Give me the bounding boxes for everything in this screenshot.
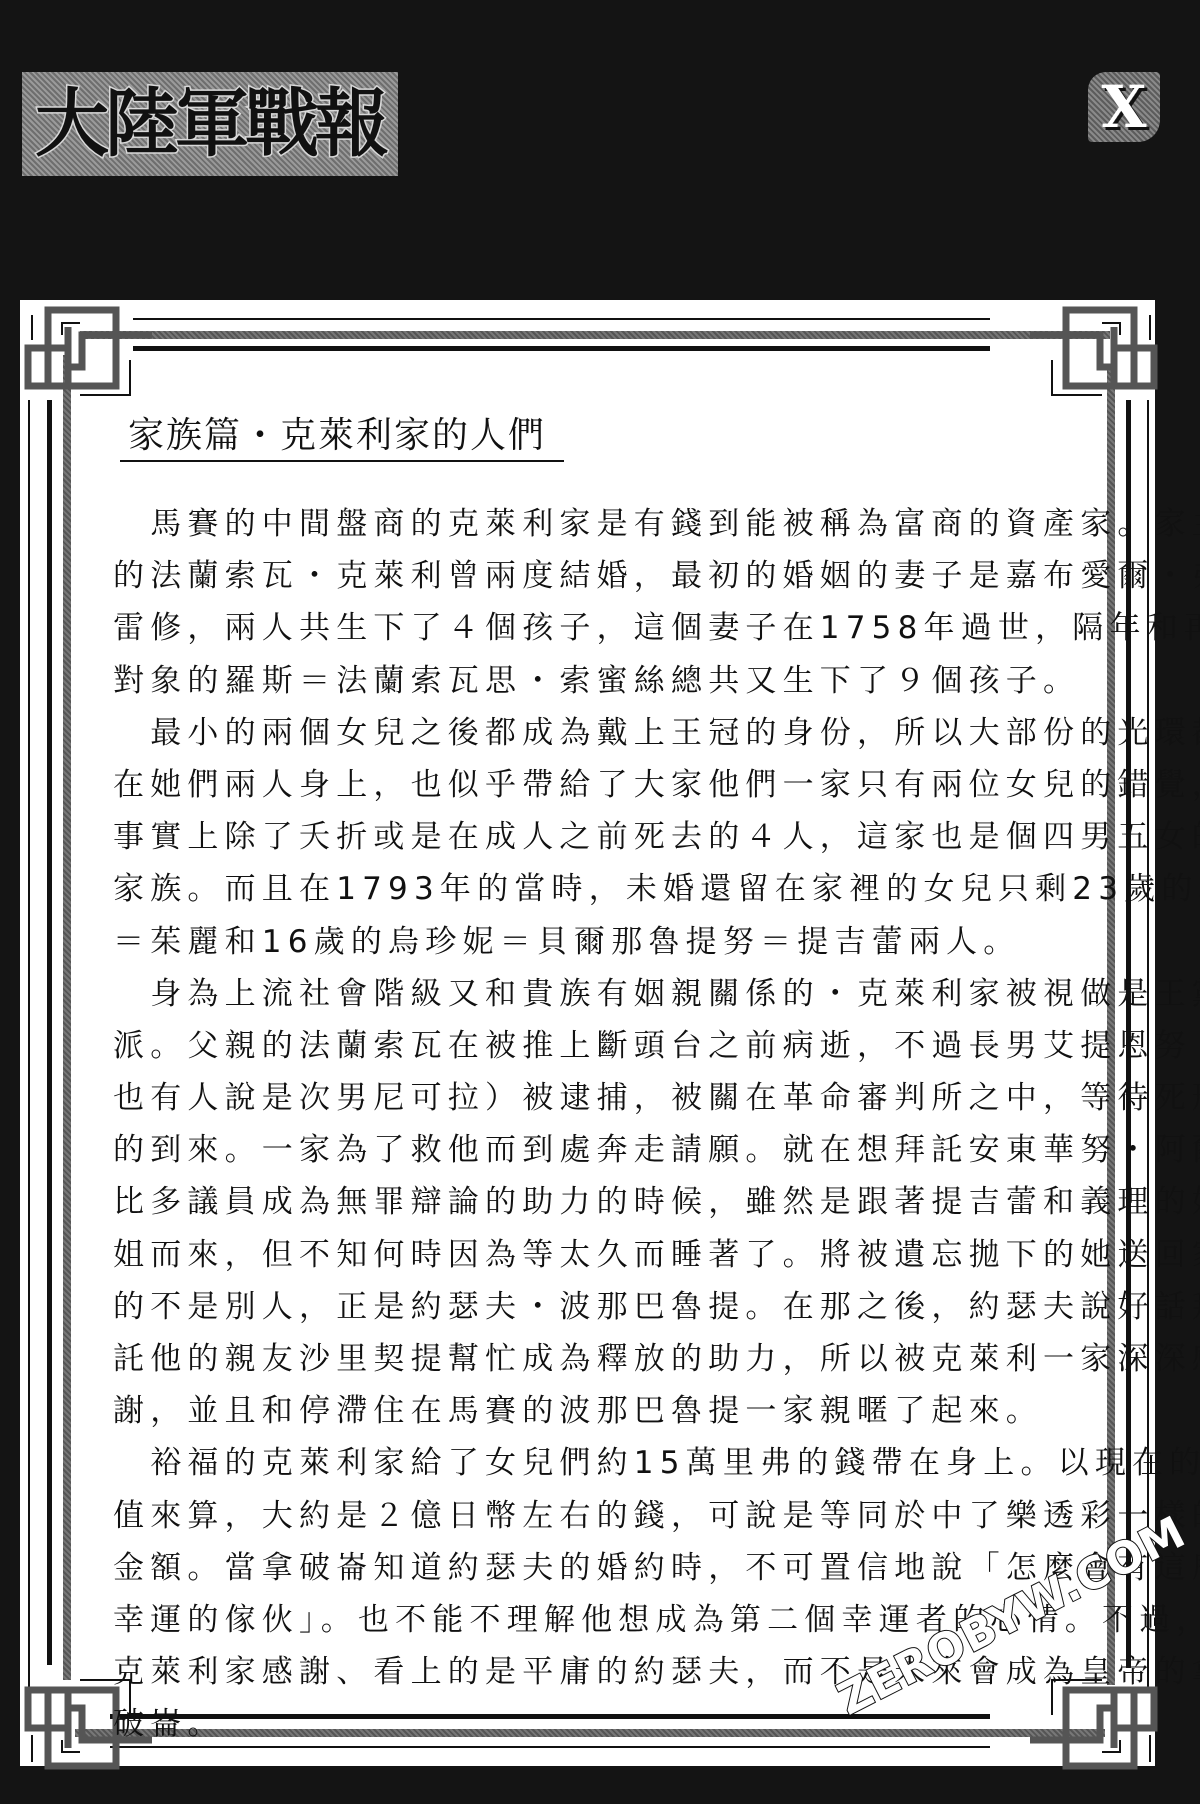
body-line: 派。父親的法蘭索瓦在被推上斷頭台之前病逝，不過長男艾提恩努（ [113, 1020, 1103, 1072]
body-line: ＝茱麗和16歲的烏珍妮＝貝爾那魯提努＝提吉蕾兩人。 [113, 916, 1103, 968]
body-line: 破崙。 [113, 1698, 1103, 1750]
frame-line [133, 346, 990, 351]
body-line: 的到來。一家為了救他而到處奔走請願。就在想拜託安東華努・阿爾 [113, 1124, 1103, 1176]
volume-badge: X [1088, 72, 1160, 142]
volume-number: X [1101, 78, 1146, 136]
frame-line [28, 400, 30, 1700]
body-line: 的法蘭索瓦・克萊利曾兩度結婚，最初的婚姻的妻子是嘉布愛爾・弗 [113, 550, 1103, 602]
body-line: 的不是別人，正是約瑟夫・波那巴魯提。在那之後，約瑟夫說好話拜 [113, 1281, 1103, 1333]
body-line: 裕福的克萊利家給了女兒們約15萬里弗的錢帶在身上。以現在的幣 [113, 1437, 1103, 1489]
body-line: 馬賽的中間盤商的克萊利家是有錢到能被稱為富商的資產家。家主 [113, 498, 1103, 550]
body-line: 對象的羅斯＝法蘭索瓦思・索蜜絲總共又生下了９個孩子。 [113, 655, 1103, 707]
body-line: 家族。而且在1793年的當時，未婚還留在家裡的女兒只剩23歲的瑪莉 [113, 863, 1103, 915]
body-line: 事實上除了夭折或是在成人之前死去的４人，這家也是個四男五女的 [113, 811, 1103, 863]
article-body: 馬賽的中間盤商的克萊利家是有錢到能被稱為富商的資產家。家主 的法蘭索瓦・克萊利曾… [113, 498, 1103, 1751]
frame-line [47, 400, 52, 1665]
body-line: 身為上流社會階級又和貴族有姻親關係的・克萊利家被視做是王黨 [113, 968, 1103, 1020]
body-line: 也有人說是次男尼可拉）被逮捕，被關在革命審判所之中，等待死刑 [113, 1072, 1103, 1124]
body-line: 比多議員成為無罪辯論的助力的時候，雖然是跟著提吉蕾和義理的姐 [113, 1176, 1103, 1228]
body-line: 謝，並且和停滯住在馬賽的波那巴魯提一家親暱了起來。 [113, 1385, 1103, 1437]
body-line: 最小的兩個女兒之後都成為戴上王冠的身份，所以大部份的光環都 [113, 707, 1103, 759]
frame-line [63, 355, 71, 1680]
heading-underline [120, 460, 564, 462]
body-line: 雷修，兩人共生下了４個孩子，這個妻子在1758年過世，隔年和再婚 [113, 602, 1103, 654]
body-line: 姐而來，但不知何時因為等太久而睡著了。將被遺忘拋下的她送回家 [113, 1229, 1103, 1281]
article-heading: 家族篇・克萊利家的人們 [128, 410, 546, 462]
frame-line [133, 318, 990, 320]
body-line: 在她們兩人身上，也似乎帶給了大家他們一家只有兩位女兒的錯覺， [113, 759, 1103, 811]
body-line: 金額。當拿破崙知道約瑟夫的婚約時，不可置信地說「怎麼會有這麼 [113, 1542, 1103, 1594]
magazine-title-banner: 大陸軍戰報 [22, 72, 398, 176]
corner-knot-icon [1030, 305, 1160, 435]
frame-line [80, 331, 1110, 339]
magazine-title: 大陸軍戰報 [35, 87, 385, 161]
body-line: 值來算，大約是２億日幣左右的錢，可說是等同於中了樂透彩一樣的 [113, 1490, 1103, 1542]
body-line: 託他的親友沙里契提幫忙成為釋放的助力，所以被克萊利一家深深感 [113, 1333, 1103, 1385]
